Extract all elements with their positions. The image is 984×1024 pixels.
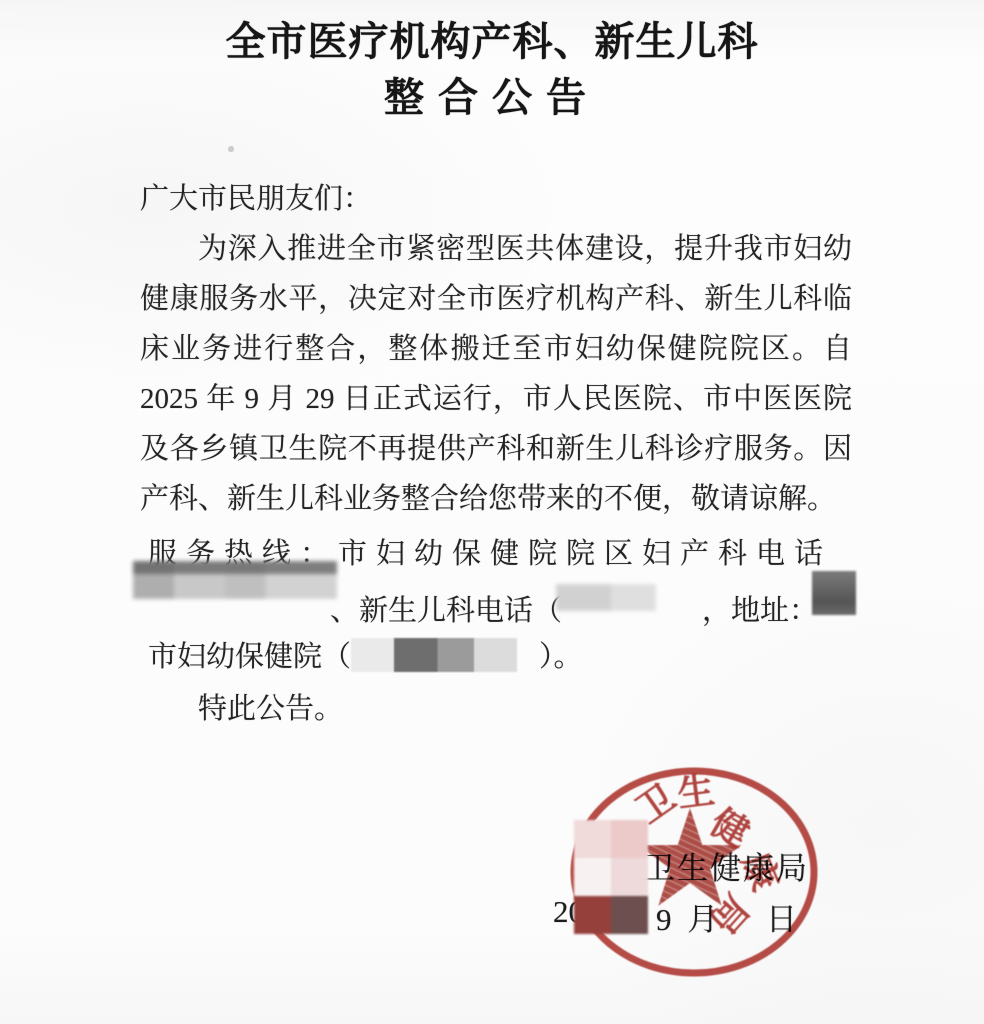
date-month: 9 月 bbox=[656, 894, 722, 939]
issuer-name: 卫生健康局 bbox=[644, 843, 809, 888]
redaction-phone-number-1 bbox=[133, 561, 337, 599]
main-paragraph: 为深入推进全市紧密型医共体建设，提升我市妇幼健康服务水平，决定对全市医疗机构产科… bbox=[140, 224, 852, 524]
mosaic-cell bbox=[574, 896, 611, 934]
mosaic-cell bbox=[611, 858, 648, 896]
hotline-line3-suffix: ）。 bbox=[539, 641, 583, 673]
scan-artifacts bbox=[0, 0, 2, 2]
date-day-suffix: 日 bbox=[766, 894, 797, 939]
seal-arc-char-2: 生 bbox=[675, 769, 717, 814]
mosaic-cell bbox=[611, 896, 648, 934]
redaction-address bbox=[812, 571, 856, 615]
date-line: 20 9 月 日 bbox=[0, 894, 984, 934]
notice-title-line1: 全市医疗机构产科、新生儿科 bbox=[0, 10, 984, 67]
mosaic-cell bbox=[611, 820, 648, 858]
hotline-line3: 市妇幼保健院（）。 bbox=[148, 634, 583, 675]
salutation: 广大市民朋友们： bbox=[140, 176, 372, 217]
hotline-line2-address-label: ，地址： bbox=[702, 588, 818, 629]
hotline-line2-prefix: 、新生儿科电话（ bbox=[330, 588, 562, 629]
redaction-hospital-name bbox=[351, 638, 517, 672]
mosaic-cell bbox=[574, 858, 611, 896]
closing-statement: 特此公告。 bbox=[198, 686, 343, 727]
mosaic-cell bbox=[574, 820, 611, 858]
redaction-seal-city-name bbox=[574, 820, 648, 934]
notice-document-page: 全市医疗机构产科、新生儿科 整合公告 广大市民朋友们： 为深入推进全市紧密型医共… bbox=[0, 0, 984, 1024]
notice-title-line2: 整合公告 bbox=[0, 66, 984, 123]
hotline-line3-prefix: 市妇幼保健院（ bbox=[148, 641, 351, 673]
redaction-phone-number-2 bbox=[556, 584, 656, 611]
